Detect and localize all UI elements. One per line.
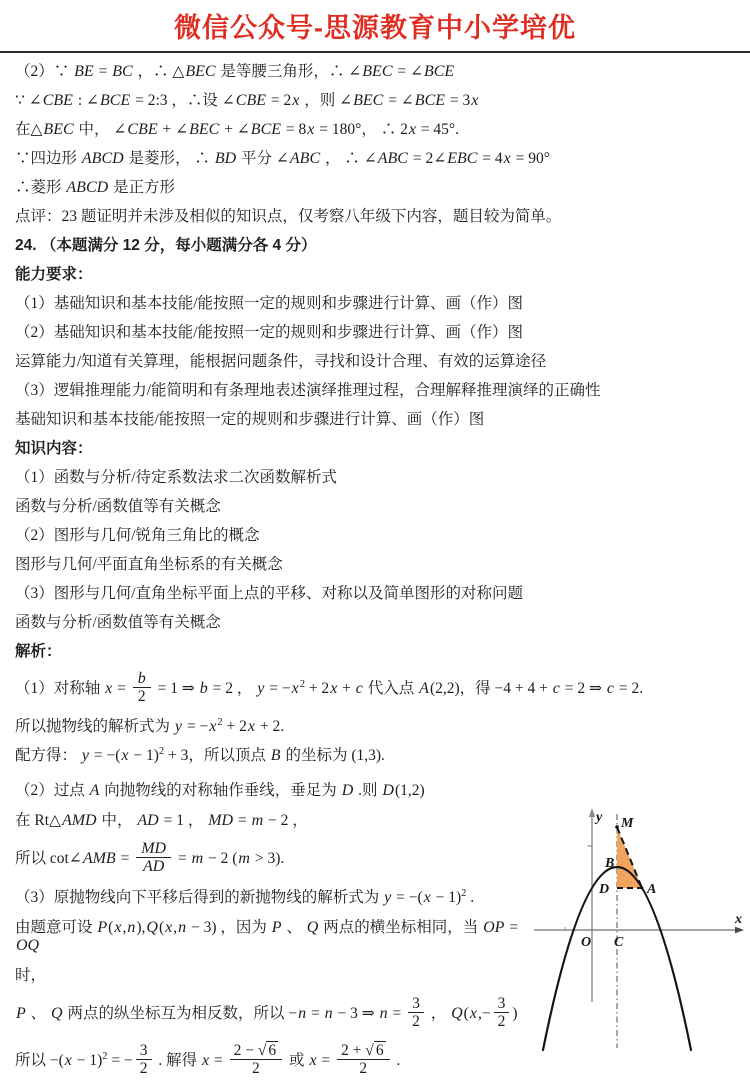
text-run: = 2. <box>615 680 643 697</box>
math-var: ABCD <box>65 179 109 196</box>
math-var: n <box>297 1005 307 1022</box>
label-A: A <box>646 882 656 897</box>
math-var: BEC <box>188 121 220 138</box>
page-title: 微信公众号-思源教育中小学培优 <box>0 0 750 44</box>
math-var: BCE <box>99 92 131 109</box>
text-run: (2,2)，得 −4 + 4 + <box>430 680 552 697</box>
text-run: = <box>234 812 251 829</box>
text-line: ∴菱形 ABCD 是正方形 <box>15 173 735 202</box>
fraction-numerator: 3 <box>136 1042 152 1060</box>
text-line: 时， <box>15 961 532 991</box>
text-run: 2 + <box>341 1042 365 1059</box>
text-line: 所以抛物线的解析式为 y = −x2 + 2x + 2. <box>15 712 735 741</box>
text-line: （1）函数与分析/待定系数法求二次函数解析式 <box>15 463 735 492</box>
parabola-figure: M B D A O C y x <box>532 780 748 1052</box>
fraction: 2 + √62 <box>337 1042 390 1077</box>
label-B: B <box>604 856 614 871</box>
text-run: (1,2) <box>395 782 425 799</box>
math-var: CBE <box>42 92 74 109</box>
text-line: 所以 cot∠AMB = MDAD = m − 2 (m > 3). <box>15 836 532 883</box>
text-run: = <box>113 680 130 697</box>
math-var: x <box>306 121 315 138</box>
math-var: n <box>324 1005 334 1022</box>
text-run: = 4 <box>478 150 502 167</box>
text-run: = <box>307 1005 324 1022</box>
text-run: 的坐标为 (1,3). <box>282 747 385 764</box>
label-M: M <box>620 816 634 831</box>
math-var: Q <box>145 919 159 936</box>
fraction: 32 <box>494 995 510 1030</box>
math-var: y <box>256 680 265 697</box>
math-var: y <box>81 747 90 764</box>
text-run: 中， <box>98 812 137 829</box>
math-var: ABC <box>377 150 409 167</box>
math-var: A <box>89 782 101 799</box>
text-line: 配方得： y = −(x − 1)2 + 3，所以顶点 B 的坐标为 (1,3)… <box>15 741 735 770</box>
math-var: BEC <box>42 121 74 138</box>
text-run: + 2 <box>223 718 247 735</box>
math-var: x <box>291 92 300 109</box>
text-run: − 3) ，因为 <box>187 919 271 936</box>
text-line: 能力要求： <box>15 260 735 289</box>
text-run: = −( <box>392 889 422 906</box>
text-run: （3）逻辑推理能力/能简明和有条理地表述演绎推理过程，合理解释推理演绎的正确性 <box>15 382 601 399</box>
math-var: BCE <box>423 63 455 80</box>
text-line: 解析： <box>15 637 735 666</box>
text-run: 时， <box>15 967 46 984</box>
text-run: 所以 −( <box>15 1052 64 1069</box>
text-run: = 2∠ <box>409 150 446 167</box>
text-run: 、 <box>27 1005 50 1022</box>
math-var: x <box>503 150 512 167</box>
math-var: B <box>270 747 282 764</box>
text-run: 3 <box>498 995 506 1012</box>
text-line: 运算能力/知道有关算理，能根据问题条件，寻找和设计合理、有效的运算途径 <box>15 347 735 376</box>
text-run: − 2 ( <box>204 850 237 867</box>
text-run: 、 <box>283 919 306 936</box>
text-run: 函数与分析/函数值等有关概念 <box>15 498 221 515</box>
math-var: AD <box>136 812 159 829</box>
text-run: − 1) <box>432 889 461 906</box>
text-line: （3）原抛物线向下平移后得到的新抛物线的解析式为 y = −(x − 1)2 . <box>15 883 532 913</box>
text-run: = 2 <box>267 92 291 109</box>
text-run: 在 Rt△ <box>15 812 61 829</box>
label-C: C <box>614 935 624 950</box>
text-run: − 3 ⇒ <box>334 1005 379 1022</box>
fraction-numerator: 3 <box>494 995 510 1013</box>
text-run: : ∠ <box>74 92 99 109</box>
text-run: 2 <box>359 1060 367 1077</box>
fraction-numerator: MD <box>136 840 171 858</box>
text-run: 是正方形 <box>109 179 175 196</box>
text-run: = 8 <box>282 121 306 138</box>
text-run: ∵ ∠ <box>15 92 42 109</box>
math-var: BEC <box>361 63 393 80</box>
math-var: BEC <box>352 92 384 109</box>
text-run: = <box>210 1052 227 1069</box>
text-run: + 2. <box>256 718 284 735</box>
fraction-denominator: 2 <box>136 1060 152 1077</box>
text-line: （2）基础知识和基本技能/能按照一定的规则和步骤进行计算、画（作）图 <box>15 318 735 347</box>
text-run: 中， ∠ <box>75 121 127 138</box>
text-run: = <box>95 63 112 80</box>
text-line: 图形与几何/平面直角坐标系的有关概念 <box>15 550 735 579</box>
text-run: = 90° <box>512 150 550 167</box>
text-run: .则 <box>354 782 381 799</box>
text-run: = 1 ⇒ <box>154 680 199 697</box>
math-var: x <box>104 680 113 697</box>
math-var: MD <box>207 812 234 829</box>
math-var: Q <box>450 1005 464 1022</box>
text-run: 代入点 <box>364 680 418 697</box>
label-D: D <box>598 882 609 897</box>
fraction-denominator: AD <box>136 858 171 875</box>
label-x-axis: x <box>734 912 742 927</box>
text-line: 函数与分析/函数值等有关概念 <box>15 492 735 521</box>
math-var: x <box>291 680 300 697</box>
fraction: 32 <box>408 995 424 1030</box>
text-run: 运算能力/知道有关算理，能根据问题条件，寻找和设计合理、有效的运算途径 <box>15 353 546 370</box>
fraction-numerator: 2 − √6 <box>230 1042 283 1060</box>
text-line: 在△BEC 中， ∠CBE + ∠BEC + ∠BCE = 8x = 180°，… <box>15 115 735 144</box>
fraction-numerator: 2 + √6 <box>337 1042 390 1060</box>
text-run: 点评：23 题证明并未涉及相似的知识点，仅考察八年级下内容，题目较为简单。 <box>15 208 561 225</box>
text-run: = −( <box>90 747 120 764</box>
text-run: ，则 ∠ <box>300 92 352 109</box>
math-var: A <box>418 680 430 697</box>
math-var: x <box>201 1052 210 1069</box>
math-var: Q <box>50 1005 64 1022</box>
math-var: AMB <box>82 850 117 867</box>
text-run: 所以抛物线的解析式为 <box>15 718 174 735</box>
text-line: （1）对称轴 x = b2 = 1 ⇒ b = 2 ， y = −x2 + 2x… <box>15 666 735 712</box>
text-line: （2）图形与几何/锐角三角比的概念 <box>15 521 735 550</box>
text-line: 所以 −(x − 1)2 = −32 . 解得 x = 2 − √62 或 x … <box>15 1038 532 1083</box>
text-run: ， <box>427 1005 450 1022</box>
text-run: = − <box>183 718 208 735</box>
text-run: 或 <box>285 1052 308 1069</box>
text-run: 3 <box>412 995 420 1012</box>
text-run: 两点的横坐标相同，当 <box>319 919 482 936</box>
text-line: P 、 Q 两点的纵坐标互为相反数，所以 −n = n − 3 ⇒ n = 32… <box>15 991 532 1038</box>
text-run: ，∴ △ <box>134 63 185 80</box>
text-run: 知识内容： <box>15 440 93 457</box>
math-var: ABCD <box>81 150 125 167</box>
math-var: x <box>470 92 479 109</box>
radical-icon: √ <box>258 1042 267 1059</box>
text-run: − 2 ， <box>264 812 308 829</box>
math-var: b <box>137 670 147 687</box>
solution-bottom-row: （2）过点 A 向抛物线的对称轴作垂线，垂足为 D .则 D(1,2)在 Rt△… <box>0 770 750 1083</box>
text-run: 24. （本题满分 12 分，每小题满分各 4 分） <box>15 237 316 254</box>
text-run: 2 <box>412 1013 420 1030</box>
math-var: CBE <box>126 121 158 138</box>
text-line: ∵ ∠CBE : ∠BCE = 2:3 ，∴设 ∠CBE = 2x ，则 ∠BE… <box>15 86 735 115</box>
text-run: = 2:3 ，∴设 ∠ <box>131 92 235 109</box>
text-run: （2）过点 <box>15 782 89 799</box>
y-axis-arrow-icon <box>589 808 595 817</box>
text-line: （3）图形与几何/直角坐标平面上点的平移、对称以及简单图形的对称问题 <box>15 579 735 608</box>
fraction-numerator: b <box>133 670 151 688</box>
math-var: Q <box>306 919 320 936</box>
text-run: = − <box>108 1052 133 1069</box>
text-run: ,− <box>478 1005 491 1022</box>
text-run: （1）基础知识和基本技能/能按照一定的规则和步骤进行计算、画（作）图 <box>15 295 523 312</box>
text-run: 2 <box>252 1060 260 1077</box>
text-run: + ∠ <box>159 121 188 138</box>
sqrt-expression: √6 <box>258 1041 278 1059</box>
text-run: 是菱形， ∴ <box>125 150 214 167</box>
text-run: 图形与几何/平面直角坐标系的有关概念 <box>15 556 283 573</box>
math-var: x <box>64 1052 73 1069</box>
math-var: n <box>379 1005 389 1022</box>
text-run: = <box>117 850 134 867</box>
math-var: n <box>177 919 187 936</box>
math-var: AD <box>142 858 165 875</box>
text-line: 知识内容： <box>15 434 735 463</box>
solution-text-top: （2）∵ BE = BC ，∴ △BEC 是等腰三角形，∴ ∠BEC = ∠BC… <box>0 53 750 770</box>
radicand: 6 <box>374 1041 386 1059</box>
math-var: ABC <box>289 150 321 167</box>
text-run: （1）函数与分析/待定系数法求二次函数解析式 <box>15 469 337 486</box>
text-run: = 2 ， <box>209 680 257 697</box>
point-A <box>641 887 644 890</box>
math-var: c <box>606 680 615 697</box>
sqrt-expression: √6 <box>365 1041 385 1059</box>
text-run: = 1 ， <box>160 812 208 829</box>
math-var: y <box>174 718 183 735</box>
math-var: x <box>164 919 173 936</box>
text-run: 2 <box>138 688 146 705</box>
math-var: x <box>208 718 217 735</box>
text-run: 函数与分析/函数值等有关概念 <box>15 614 221 631</box>
math-var: m <box>191 850 205 867</box>
math-var: x <box>329 680 338 697</box>
text-line: 在 Rt△AMD 中， AD = 1 ， MD = m − 2 ， <box>15 806 532 836</box>
math-var: D <box>341 782 355 799</box>
fraction-denominator: 2 <box>494 1013 510 1030</box>
text-run: 向抛物线的对称轴作垂线，垂足为 <box>100 782 340 799</box>
text-line: （2）∵ BE = BC ，∴ △BEC 是等腰三角形，∴ ∠BEC = ∠BC… <box>15 57 735 86</box>
math-var: b <box>199 680 209 697</box>
text-run: 平分 ∠ <box>237 150 289 167</box>
text-run: = <box>318 1052 335 1069</box>
text-run: （2）∵ <box>15 63 73 80</box>
text-run: 是等腰三角形，∴ ∠ <box>217 63 362 80</box>
text-run: 能力要求： <box>15 266 93 283</box>
radicand: 6 <box>266 1041 278 1059</box>
text-run: 所以 cot∠ <box>15 850 82 867</box>
solution-text-bottom: （2）过点 A 向抛物线的对称轴作垂线，垂足为 D .则 D(1,2)在 Rt△… <box>15 770 532 1083</box>
point-M <box>615 825 619 829</box>
text-run: 3 <box>140 1042 148 1059</box>
text-run: + 3，所以顶点 <box>164 747 270 764</box>
text-line: （1）基础知识和基本技能/能按照一定的规则和步骤进行计算、画（作）图 <box>15 289 735 318</box>
text-line: 点评：23 题证明并未涉及相似的知识点，仅考察八年级下内容，题目较为简单。 <box>15 202 735 231</box>
text-run: ， ∴ ∠ <box>321 150 377 167</box>
fraction: MDAD <box>136 840 171 875</box>
math-var: x <box>308 1052 317 1069</box>
text-run: . <box>466 889 474 906</box>
math-var: x <box>247 718 256 735</box>
math-var: m <box>237 850 251 867</box>
math-var: x <box>469 1005 478 1022</box>
text-run: （2）基础知识和基本技能/能按照一定的规则和步骤进行计算、画（作）图 <box>15 324 523 341</box>
text-run: . 解得 <box>155 1052 202 1069</box>
text-run: 由题意可设 <box>15 919 96 936</box>
text-line: 基础知识和基本技能/能按照一定的规则和步骤进行计算、画（作）图 <box>15 405 735 434</box>
fraction-denominator: 2 <box>230 1060 283 1077</box>
math-var: AMD <box>61 812 98 829</box>
math-var: x <box>408 121 417 138</box>
fraction: 32 <box>136 1042 152 1077</box>
math-var: n <box>126 919 136 936</box>
math-var: x <box>120 747 129 764</box>
text-run: = − <box>265 680 290 697</box>
x-axis-arrow-icon <box>735 927 744 934</box>
math-var: P <box>15 1005 27 1022</box>
text-run: ) <box>512 1005 517 1022</box>
text-line: ∵四边形 ABCD 是菱形， ∴ BD 平分 ∠ABC ， ∴ ∠ABC = 2… <box>15 144 735 173</box>
text-run: （1）对称轴 <box>15 680 104 697</box>
text-run: . <box>393 1052 401 1069</box>
text-run: 基础知识和基本技能/能按照一定的规则和步骤进行计算、画（作）图 <box>15 411 484 428</box>
text-run: > 3). <box>251 850 284 867</box>
text-line: 24. （本题满分 12 分，每小题满分各 4 分） <box>15 231 735 260</box>
text-run: 在△ <box>15 121 42 138</box>
text-run: = <box>389 1005 406 1022</box>
text-run: = <box>505 919 518 936</box>
math-var: x <box>423 889 432 906</box>
text-run: 两点的纵坐标互为相反数，所以 − <box>64 1005 298 1022</box>
fraction-denominator: 2 <box>408 1013 424 1030</box>
math-var: c <box>552 680 561 697</box>
math-var: BCE <box>414 92 446 109</box>
radical-icon: √ <box>365 1042 374 1059</box>
text-run: （2）图形与几何/锐角三角比的概念 <box>15 527 260 544</box>
label-O: O <box>581 935 591 950</box>
math-var: CBE <box>235 92 267 109</box>
math-var: y <box>383 889 392 906</box>
math-var: BE <box>73 63 95 80</box>
text-run: ∵四边形 <box>15 150 81 167</box>
text-run: 配方得： <box>15 747 81 764</box>
text-run: ∴菱形 <box>15 179 65 196</box>
text-run: + <box>338 680 355 697</box>
figure-area: M B D A O C y x <box>532 770 750 1083</box>
label-y-axis: y <box>594 810 603 825</box>
text-run: 2 <box>498 1013 506 1030</box>
document-page: 微信公众号-思源教育中小学培优 （2）∵ BE = BC ，∴ △BEC 是等腰… <box>0 0 750 1083</box>
text-run: 解析： <box>15 643 62 660</box>
text-line: （3）逻辑推理能力/能简明和有条理地表述演绎推理过程，合理解释推理演绎的正确性 <box>15 376 735 405</box>
math-var: c <box>355 680 364 697</box>
math-var: m <box>251 812 265 829</box>
text-run: 2 <box>140 1060 148 1077</box>
text-run: （3）原抛物线向下平移后得到的新抛物线的解析式为 <box>15 889 383 906</box>
text-run: = 45°. <box>417 121 459 138</box>
fraction-denominator: 2 <box>337 1060 390 1077</box>
text-run: + ∠ <box>220 121 249 138</box>
text-run: + 2 <box>305 680 329 697</box>
math-var: MD <box>140 840 167 857</box>
fraction-numerator: 3 <box>408 995 424 1013</box>
text-run: = <box>174 850 191 867</box>
text-run: = 3 <box>446 92 470 109</box>
text-run: = ∠ <box>394 63 423 80</box>
text-run: − 1) <box>130 747 159 764</box>
math-var: BD <box>214 150 237 167</box>
fraction: 2 − √62 <box>230 1042 283 1077</box>
fraction: b2 <box>133 670 151 705</box>
math-var: EBC <box>446 150 478 167</box>
text-run: = 2 ⇒ <box>561 680 606 697</box>
math-var: BEC <box>184 63 216 80</box>
math-var: D <box>381 782 395 799</box>
text-run: （3）图形与几何/直角坐标平面上点的平移、对称以及简单图形的对称问题 <box>15 585 523 602</box>
math-var: P <box>271 919 283 936</box>
fraction-denominator: 2 <box>133 688 151 705</box>
text-run: = ∠ <box>384 92 413 109</box>
math-var: P <box>96 919 108 936</box>
text-line: 由题意可设 P(x,n),Q(x,n − 3) ，因为 P 、 Q 两点的横坐标… <box>15 913 532 961</box>
math-var: OP <box>482 919 505 936</box>
math-var: BC <box>111 63 133 80</box>
math-var: OQ <box>15 937 40 954</box>
text-run: = 180°， ∴ 2 <box>315 121 407 138</box>
text-run: 2 − <box>234 1042 258 1059</box>
text-run: − 1) <box>73 1052 102 1069</box>
shaded-triangle <box>617 827 642 888</box>
text-line: 函数与分析/函数值等有关概念 <box>15 608 735 637</box>
text-line: （2）过点 A 向抛物线的对称轴作垂线，垂足为 D .则 D(1,2) <box>15 776 532 806</box>
math-var: BCE <box>250 121 282 138</box>
